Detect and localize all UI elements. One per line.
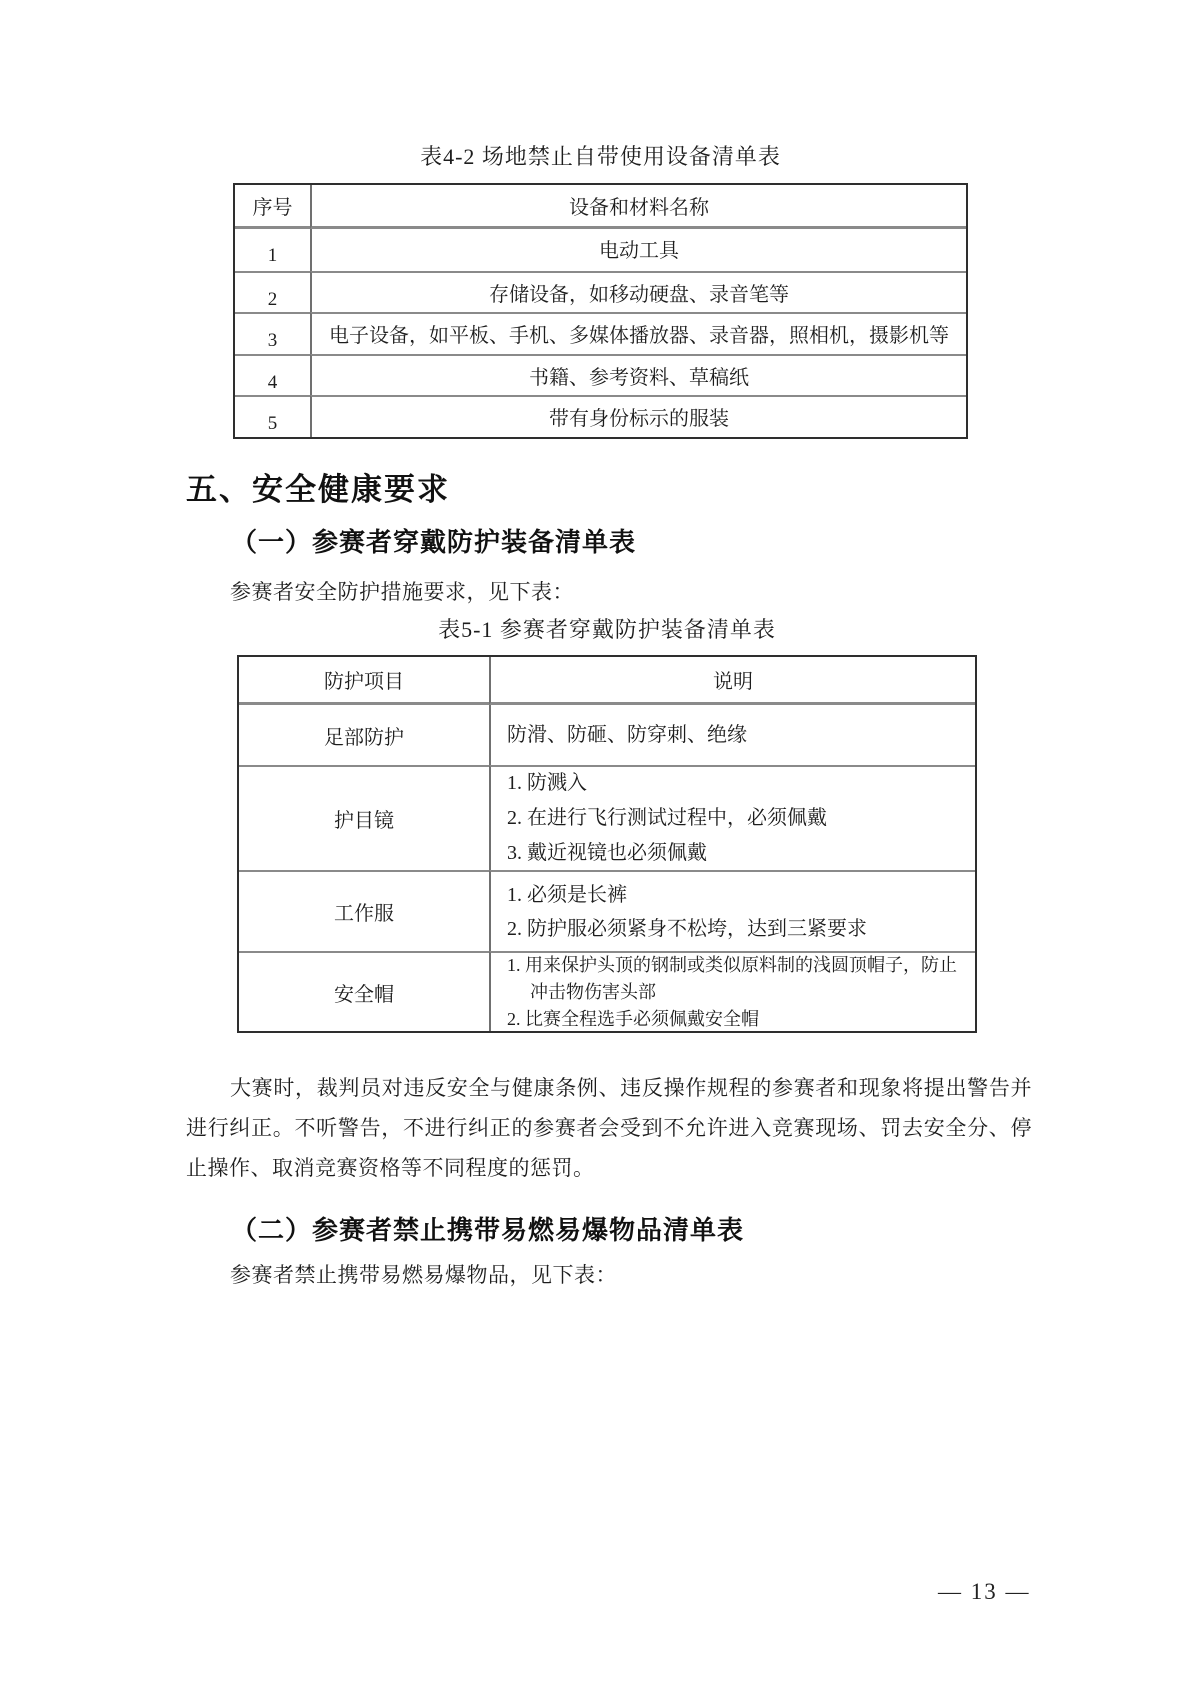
prohibited-equipment-table: 序号 设备和材料名称 1 电动工具 2 存储设备，如移动硬盘、录音笔等 3 电子… — [233, 183, 968, 439]
table-row-name: 电动工具 — [310, 229, 966, 271]
table-row-name: 带有身份标示的服装 — [310, 395, 966, 437]
page-number: — 13 — — [938, 1579, 1031, 1605]
desc-line: 1. 防溅入 — [507, 766, 969, 801]
table-row-no: 5 — [235, 395, 310, 437]
penalty-paragraph: 大赛时，裁判员对违反安全与健康条例、违反操作规程的参赛者和现象将提出警告并进行纠… — [186, 1068, 1032, 1188]
table-4-2-caption: 表4-2 场地禁止自带使用设备清单表 — [233, 140, 968, 171]
document-page: 表4-2 场地禁止自带使用设备清单表 序号 设备和材料名称 1 电动工具 2 存… — [0, 0, 1199, 1696]
column-header-item: 防护项目 — [239, 657, 489, 705]
subsection-2-title: （二）参赛者禁止携带易燃易爆物品清单表 — [231, 1210, 744, 1247]
table-row-no: 1 — [235, 229, 310, 271]
protection-item: 工作服 — [239, 870, 489, 951]
protective-equipment-table: 防护项目 说明 足部防护 防滑、防砸、防穿刺、绝缘 护目镜 1. 防溅入 2. … — [237, 655, 977, 1033]
column-header-desc: 说明 — [489, 657, 975, 705]
desc-line: 1. 用来保护头顶的钢制或类似原料制的浅圆顶帽子，防止冲击物伤害头部 — [507, 952, 969, 1006]
protection-item: 足部防护 — [239, 705, 489, 765]
table-row-no: 2 — [235, 271, 310, 313]
protection-desc: 1. 用来保护头顶的钢制或类似原料制的浅圆顶帽子，防止冲击物伤害头部 2. 比赛… — [489, 951, 975, 1031]
subsection-2-intro: 参赛者禁止携带易燃易爆物品，见下表： — [230, 1259, 617, 1289]
desc-line: 2. 防护服必须紧身不松垮，达到三紧要求 — [507, 912, 969, 946]
table-row-no: 3 — [235, 312, 310, 354]
column-header-name: 设备和材料名称 — [310, 185, 966, 229]
protection-desc: 1. 必须是长裤 2. 防护服必须紧身不松垮，达到三紧要求 — [489, 870, 975, 951]
table-row-no: 4 — [235, 354, 310, 396]
section-5-title: 五、安全健康要求 — [186, 464, 450, 509]
desc-line: 2. 在进行飞行测试过程中，必须佩戴 — [507, 801, 969, 836]
protection-item: 护目镜 — [239, 765, 489, 870]
table-row-name: 存储设备，如移动硬盘、录音笔等 — [310, 271, 966, 313]
desc-line: 1. 必须是长裤 — [507, 878, 969, 912]
desc-line: 3. 戴近视镜也必须佩戴 — [507, 836, 969, 871]
subsection-1-intro: 参赛者安全防护措施要求，见下表： — [230, 576, 574, 606]
desc-line: 防滑、防砸、防穿刺、绝缘 — [507, 718, 969, 753]
desc-line: 2. 比赛全程选手必须佩戴安全帽 — [507, 1006, 969, 1033]
table-row-name: 电子设备，如平板、手机、多媒体播放器、录音器，照相机，摄影机等 — [310, 312, 966, 354]
table-row-name: 书籍、参考资料、草稿纸 — [310, 354, 966, 396]
column-header-no: 序号 — [235, 185, 310, 229]
protection-item: 安全帽 — [239, 951, 489, 1031]
protection-desc: 1. 防溅入 2. 在进行飞行测试过程中，必须佩戴 3. 戴近视镜也必须佩戴 — [489, 765, 975, 870]
protection-desc: 防滑、防砸、防穿刺、绝缘 — [489, 705, 975, 765]
table-5-1-caption: 表5-1 参赛者穿戴防护装备清单表 — [237, 613, 977, 644]
subsection-1-title: （一）参赛者穿戴防护装备清单表 — [231, 522, 636, 559]
